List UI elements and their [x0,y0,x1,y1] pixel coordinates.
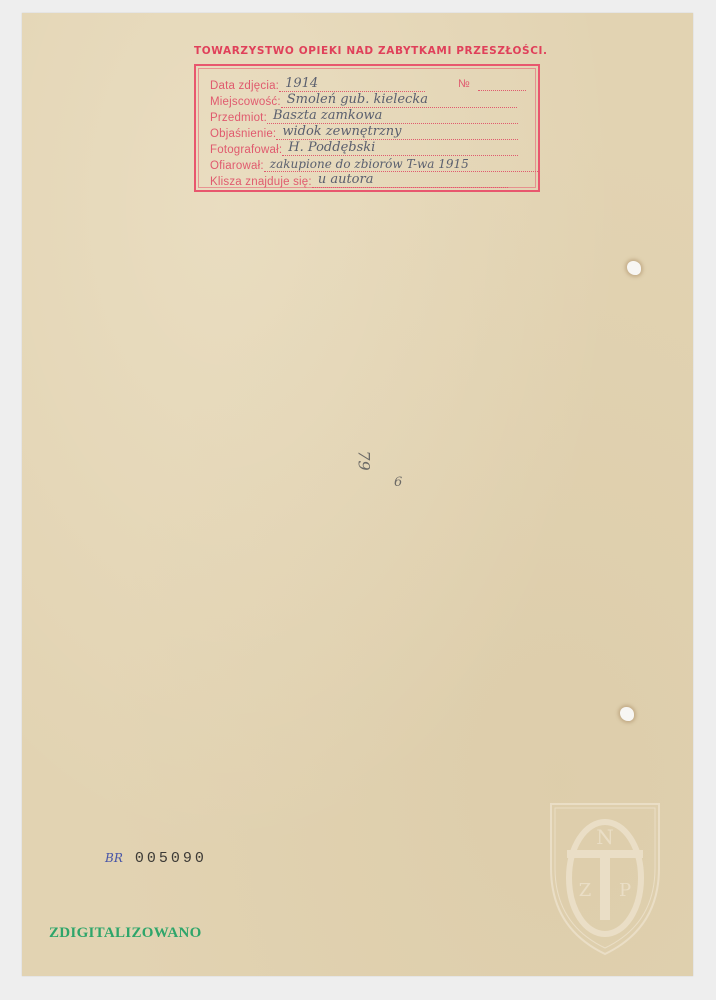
catalog-stamp-box: № Data zdjęcia: 1914 Miejscowość: Smoleń… [194,64,540,192]
field-label: Objaśnienie: [210,128,276,140]
field-description: Objaśnienie: widok zewnętrzny [210,124,518,140]
field-label: Data zdjęcia: [210,80,279,92]
field-negative-location: Klisza znajduje się: u autora [210,172,508,188]
field-subject: Przedmiot: Baszta zamkowa [210,108,518,124]
field-label: Fotografował: [210,144,282,156]
field-label: Miejscowość: [210,96,281,108]
field-photographer: Fotografował: H. Poddębski [210,140,518,156]
field-donor: Ofiarował: zakupione do zbiorów T-wa 191… [210,156,540,172]
number-label: № [458,78,470,90]
svg-text:P: P [619,880,631,901]
archive-number-stamp: BR 005090 [105,850,207,867]
field-location: Miejscowość: Smoleń gub. kielecka [210,92,517,108]
number-line [478,90,526,91]
punch-hole-bottom [620,707,634,721]
society-emblem-watermark-icon: N Z P [545,798,665,958]
archive-number: 005090 [135,850,207,867]
field-label: Przedmiot: [210,112,267,124]
field-value: Smoleń gub. kielecka [281,93,517,108]
pencil-note-6: 6 [394,475,402,490]
field-value: Baszta zamkowa [267,109,518,124]
field-value: widok zewnętrzny [276,125,518,140]
svg-text:N: N [596,825,614,849]
pencil-note-79: 79 [355,450,374,470]
field-value: zakupione do zbiorów T-wa 1915 [264,157,540,172]
br-mark: BR [105,851,123,865]
field-value: 1914 [279,77,425,92]
digitized-stamp: ZDIGITALIZOWANO [49,925,202,942]
society-stamp-header: TOWARZYSTWO OPIEKI NAD ZABYTKAMI PRZESZŁ… [194,45,594,57]
field-value: H. Poddębski [282,141,518,156]
document-paper: TOWARZYSTWO OPIEKI NAD ZABYTKAMI PRZESZŁ… [22,13,693,976]
field-date: Data zdjęcia: 1914 [210,76,425,92]
field-label: Klisza znajduje się: [210,176,312,188]
svg-text:Z: Z [579,880,592,901]
field-value: u autora [312,173,508,188]
field-label: Ofiarował: [210,160,264,172]
punch-hole-top [627,261,641,275]
